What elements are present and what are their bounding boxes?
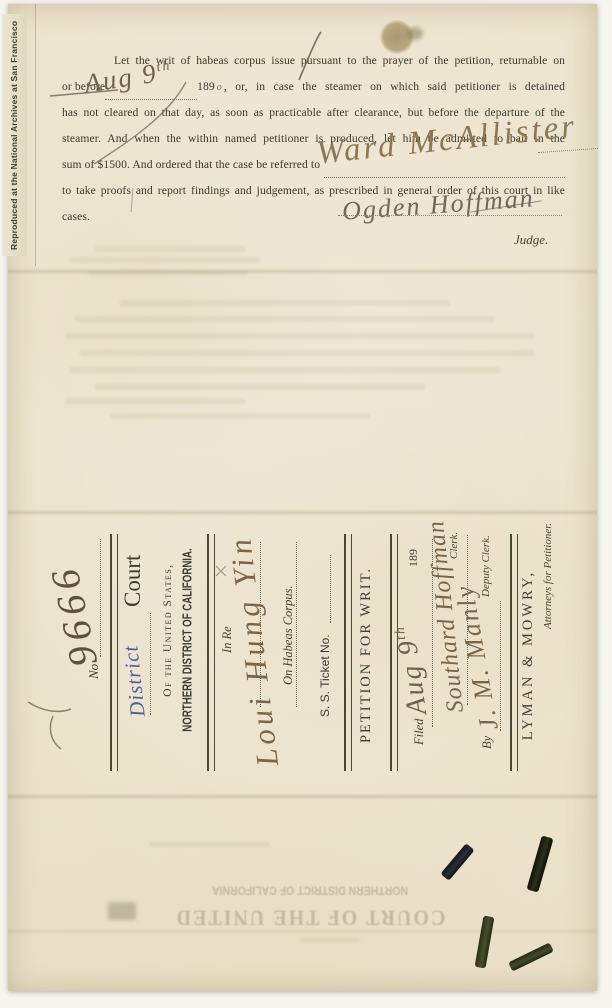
by-label: By xyxy=(480,736,495,749)
scanned-document-page: Reproduced at the National Archives at S… xyxy=(0,0,612,1008)
petition-title: PETITION FOR WRIT. xyxy=(358,545,375,765)
bleedthrough-smudge xyxy=(108,902,136,920)
name-blank-line xyxy=(260,542,261,707)
filed-date-ordinal: th xyxy=(392,624,409,641)
habeas-corpus-label: On Habeas Corpus. xyxy=(281,585,296,685)
pencil-check-mark xyxy=(299,32,321,80)
name-blank-line-2 xyxy=(296,542,297,707)
bleedthrough-bar xyxy=(70,367,500,373)
bleedthrough-bar xyxy=(110,413,370,419)
filed-label: Filed xyxy=(412,719,427,745)
docket-panel: 9666 No District Court Of the United Sta… xyxy=(60,515,570,795)
pencil-flourish xyxy=(94,82,186,164)
bleedthrough-bar xyxy=(300,938,360,942)
no-label: No xyxy=(86,664,102,679)
deputy-clerk-label: Deputy Clerk. xyxy=(480,535,492,597)
pencil-marks-overlay xyxy=(0,0,612,1008)
bleedthrough-bar xyxy=(95,246,245,252)
bleedthrough-bar xyxy=(75,316,495,322)
pencil-tick xyxy=(131,188,133,212)
by-blank-line xyxy=(500,601,501,731)
no-blank-line xyxy=(100,539,101,657)
clerk-label: Clerk. xyxy=(448,532,460,559)
bleedthrough-bar xyxy=(88,270,248,276)
docket-rule xyxy=(344,534,352,771)
court-word: Court xyxy=(120,555,146,607)
bleedthrough-bar xyxy=(120,300,450,306)
district-blank-line xyxy=(150,613,151,715)
district-handwritten: District xyxy=(120,644,148,718)
ticket-blank-line xyxy=(330,555,331,623)
bleedthrough-court-text: COURT OF THE UNITED xyxy=(120,904,500,929)
bleedthrough-bar xyxy=(65,333,535,339)
bleedthrough-bar xyxy=(95,384,425,390)
attorneys-name: LYMAN & MOWRY, xyxy=(520,545,537,765)
bleedthrough-bar xyxy=(80,350,535,356)
northern-district-line: NORTHERN DISTRICT OF CALIFORNIA. xyxy=(181,530,195,750)
bleedthrough-bar xyxy=(65,398,245,404)
docket-content: 9666 No District Court Of the United Sta… xyxy=(60,515,570,795)
bleedthrough-bar xyxy=(150,842,270,847)
docket-rule xyxy=(110,534,118,771)
of-united-states-line: Of the United States, xyxy=(162,515,174,745)
filed-year-printed: 189 xyxy=(406,549,421,567)
docket-rule xyxy=(207,534,215,771)
attorneys-label: Attorneys for Petitioner. xyxy=(542,523,554,629)
bleedthrough-bar xyxy=(70,257,260,263)
bleedthrough-district-text: NORTHERN DISTRICT OF CALIFORNIA xyxy=(150,883,470,896)
strikethrough-line xyxy=(50,90,118,96)
ss-ticket-label: S. S. Ticket No. xyxy=(318,634,332,717)
docket-rule xyxy=(510,534,518,771)
